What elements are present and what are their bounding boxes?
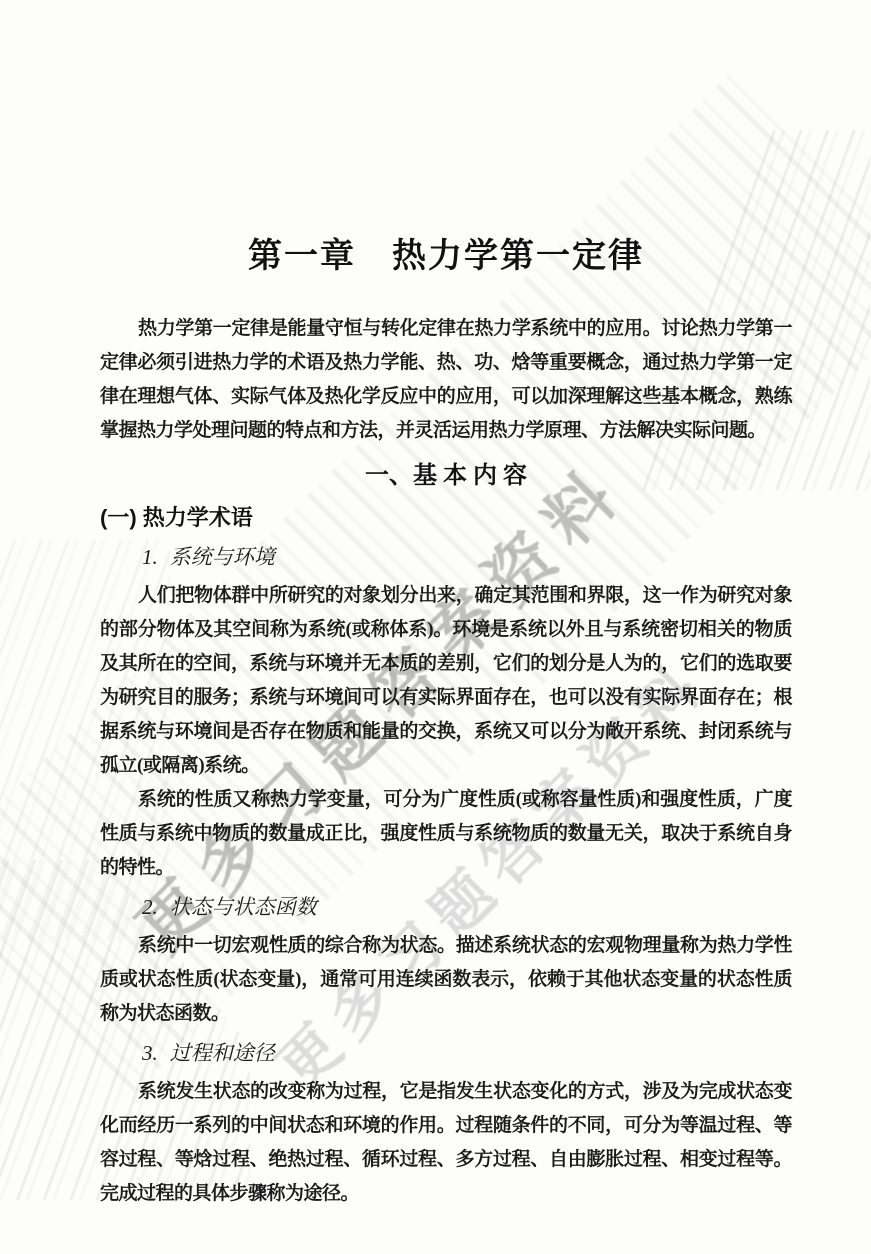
topic-1-title: 系统与环境: [170, 545, 275, 569]
page-content: 第一章 热力学第一定律 热力学第一定律是能量守恒与转化定律在热力学系统中的应用。…: [100, 236, 792, 1211]
topic-1-number: 1.: [142, 545, 158, 569]
topic-block-2: 2.状态与状态函数 系统中一切宏观性质的综合称为状态。描述系统状态的宏观物理量称…: [100, 892, 792, 1031]
topic-block-3: 3.过程和途径 系统发生状态的改变称为过程，它是指发生状态变化的方式，涉及为完成…: [100, 1038, 792, 1211]
chapter-title: 第一章 热力学第一定律: [100, 236, 792, 276]
scanned-book-page: 更多习题答案资料 更多习题答案资料 第一章 热力学第一定律 热力学第一定律是能量…: [0, 0, 871, 1254]
chapter-intro-paragraph: 热力学第一定律是能量守恒与转化定律在热力学系统中的应用。讨论热力学第一定律必须引…: [100, 312, 792, 448]
topic-3-title: 过程和途径: [170, 1041, 275, 1065]
topic-1-paragraph-1: 人们把物体群中所研究的对象划分出来，确定其范围和界限，这一作为研究对象的部分物体…: [100, 579, 792, 783]
topic-2-paragraph-1: 系统中一切宏观性质的综合称为状态。描述系统状态的宏观物理量称为热力学性质或状态性…: [100, 929, 792, 1031]
subsection-heading: (一) 热力学术语: [100, 502, 792, 534]
topic-2-title: 状态与状态函数: [170, 895, 317, 919]
topic-3-number: 3.: [142, 1041, 158, 1065]
topic-2-number: 2.: [142, 895, 158, 919]
topic-1-paragraph-2: 系统的性质又称热力学变量，可分为广度性质(或称容量性质)和强度性质，广度性质与系…: [100, 783, 792, 885]
topic-1-heading: 1.系统与环境: [142, 542, 792, 572]
topic-3-paragraph-1: 系统发生状态的改变称为过程，它是指发生状态变化的方式，涉及为完成状态变化而经历一…: [100, 1075, 792, 1211]
topic-3-heading: 3.过程和途径: [142, 1038, 792, 1068]
topic-2-heading: 2.状态与状态函数: [142, 892, 792, 922]
section-heading: 一、基 本 内 容: [100, 460, 792, 492]
topic-block-1: 1.系统与环境 人们把物体群中所研究的对象划分出来，确定其范围和界限，这一作为研…: [100, 542, 792, 885]
